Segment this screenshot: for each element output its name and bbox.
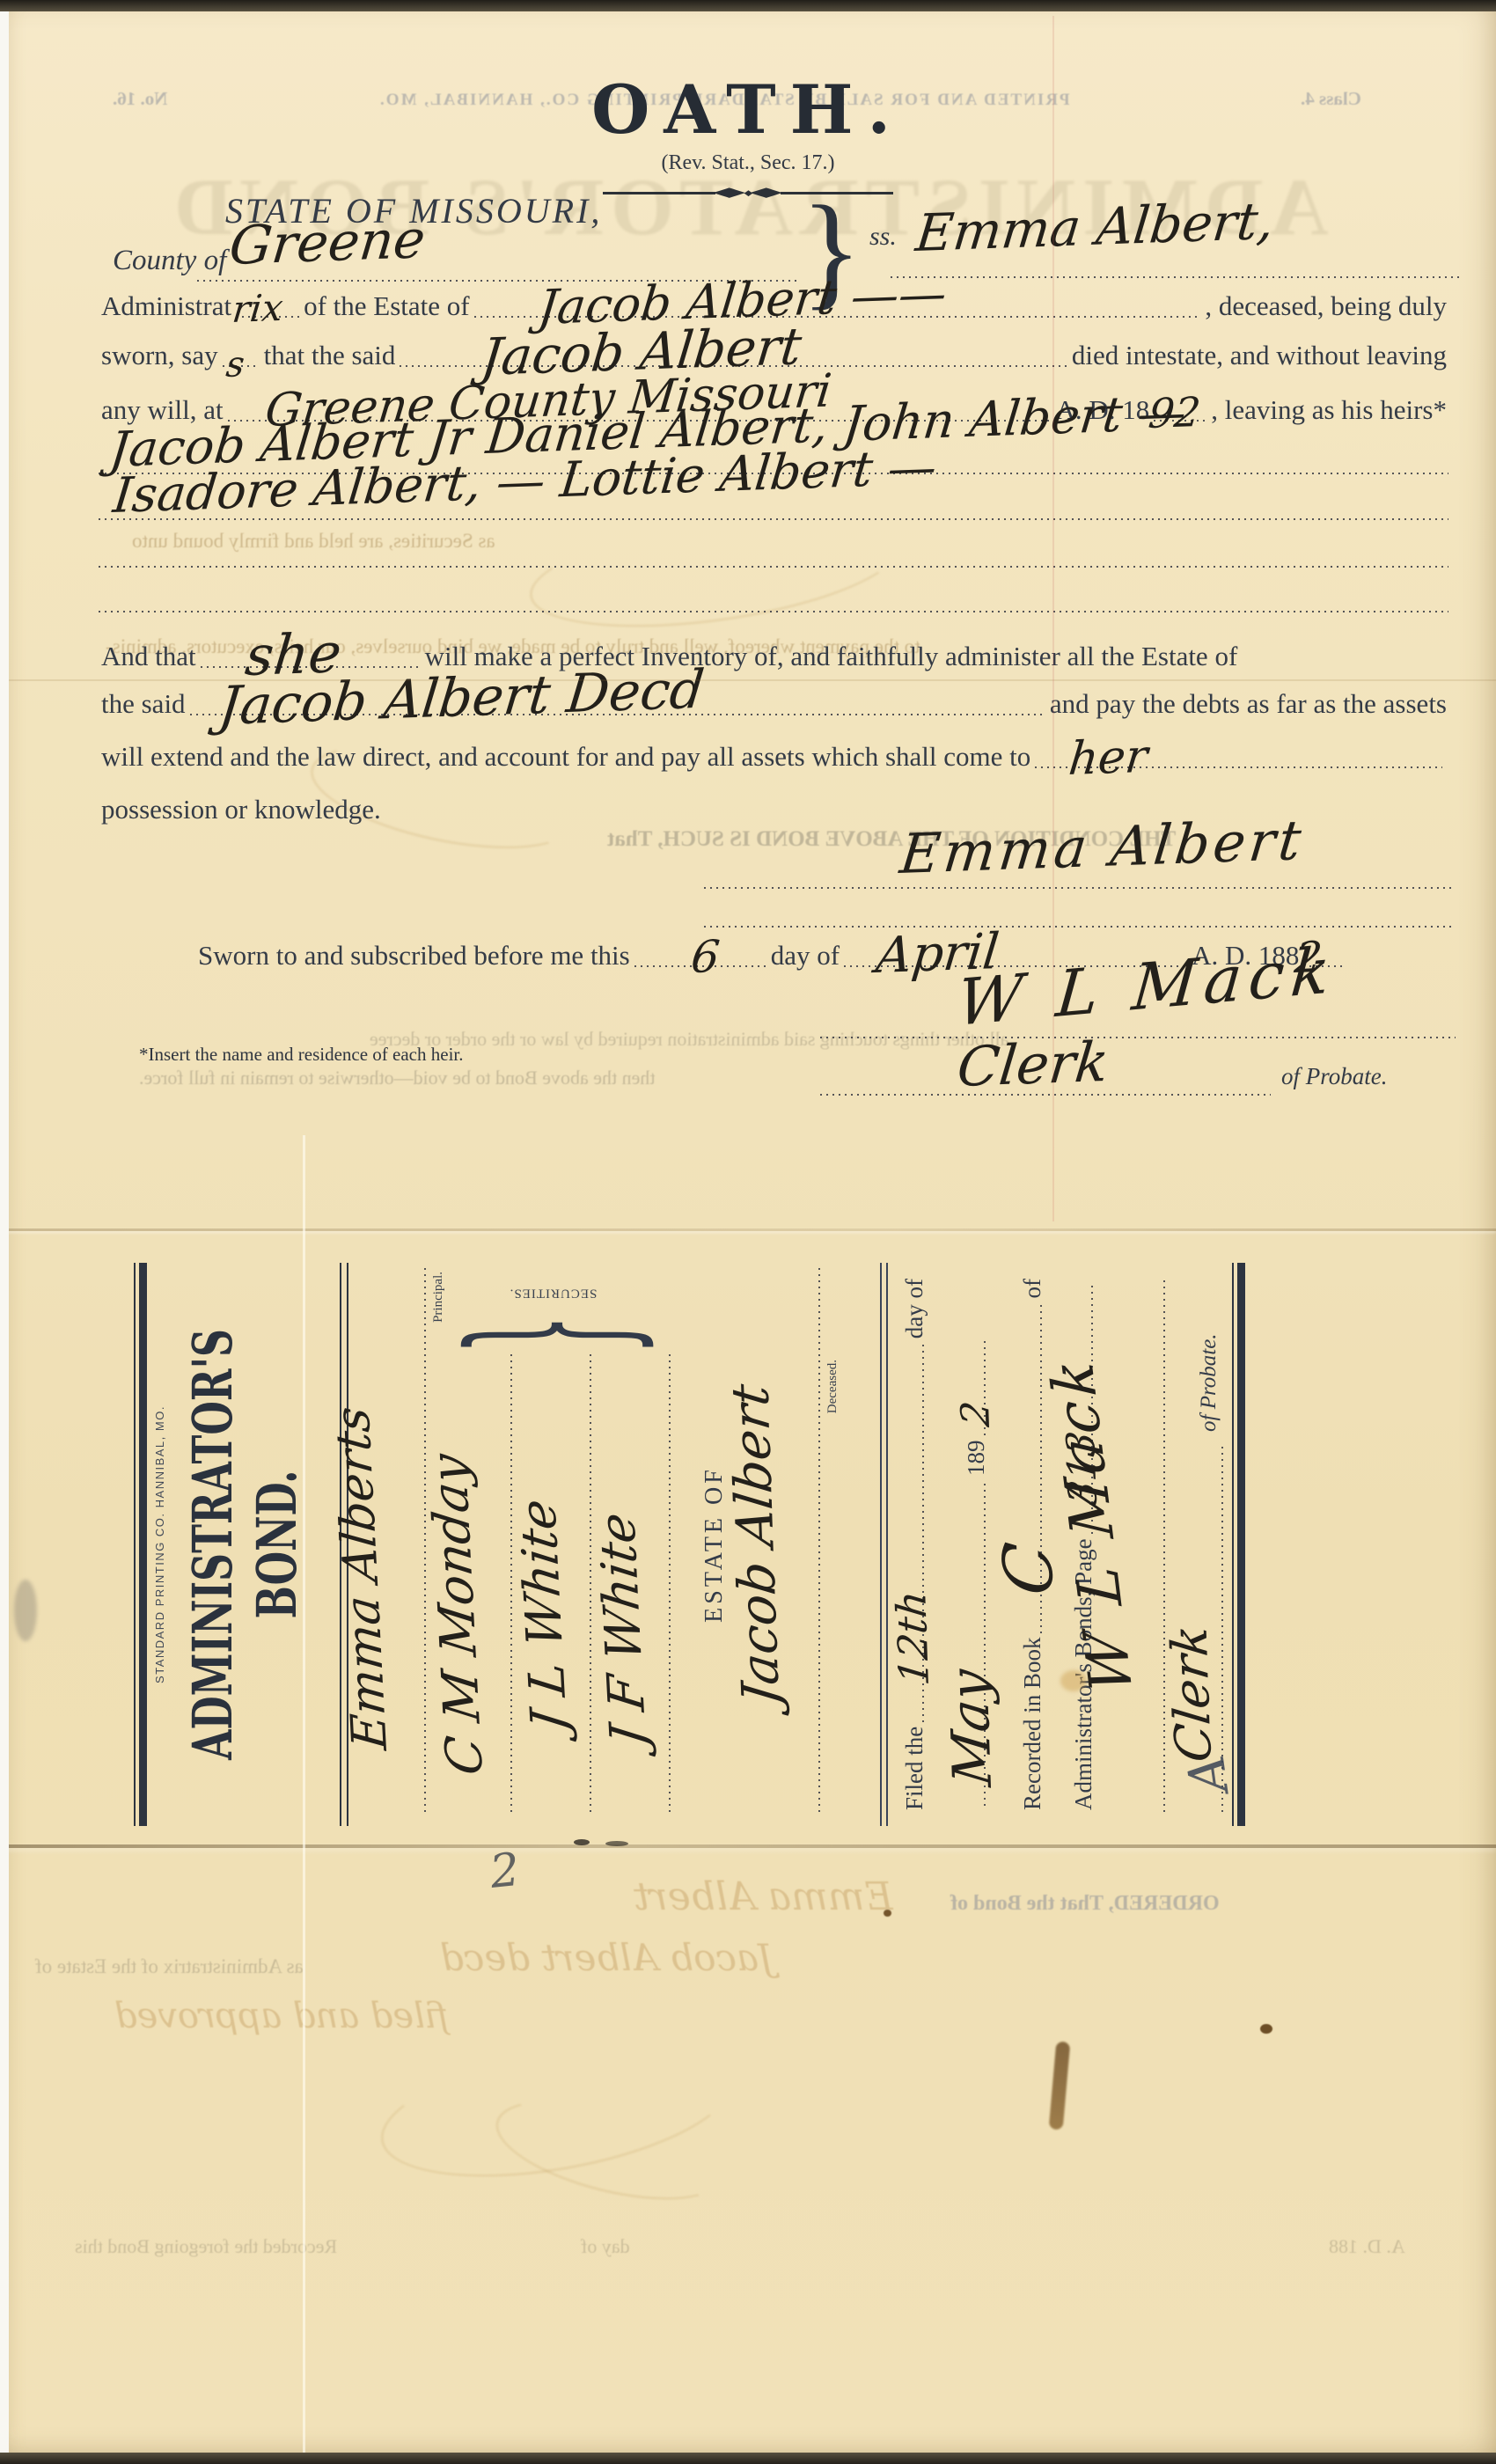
ghost-approved: filed and approved bbox=[114, 1996, 449, 2036]
ink-dot-stain bbox=[884, 1910, 891, 1917]
security-line-1 bbox=[510, 1354, 512, 1812]
handwriting-said-name: Jacob Albert Decd bbox=[216, 664, 707, 733]
securities-brace: } bbox=[447, 1315, 656, 1355]
ghost-ordered-line: ORDERED, That the Bond of bbox=[950, 1892, 1220, 1916]
handwriting-book: C bbox=[994, 1539, 1063, 1597]
blank-signature-line bbox=[704, 926, 1454, 928]
printed-text: died intestate, and without leaving bbox=[1072, 340, 1447, 371]
ghost-recorded-day-of: day of bbox=[581, 2235, 630, 2258]
handwriting-day: 6 bbox=[689, 935, 722, 979]
scan-edge-bottom bbox=[0, 2453, 1496, 2464]
fold-crease bbox=[0, 679, 1496, 681]
red-bleed-line bbox=[1052, 16, 1054, 1221]
printed-text: sworn, say bbox=[101, 340, 218, 371]
ghost-void-line: then the above Bond to be void—otherwise… bbox=[139, 1067, 656, 1089]
printed-text: possession or knowledge. bbox=[101, 794, 381, 825]
printed-text: Filed the bbox=[901, 1727, 928, 1810]
deceased-label: Deceased. bbox=[825, 1360, 840, 1413]
docket-rule bbox=[886, 1263, 888, 1826]
printer-imprint: STANDARD PRINTING CO. HANNIBAL, MO. bbox=[153, 1263, 166, 1826]
blank-segment: her bbox=[1035, 766, 1442, 768]
affiant-signature-handwriting: Emma Albert bbox=[898, 813, 1307, 882]
docket-top-heavy-rule bbox=[139, 1263, 147, 1826]
document-subtitle: (Rev. Stat., Sec. 17.) bbox=[0, 151, 1496, 175]
heir-footnote: *Insert the name and residence of each h… bbox=[139, 1044, 464, 1066]
scan-edge-top bbox=[0, 0, 1496, 11]
docket-bottom-rule bbox=[1232, 1263, 1234, 1826]
printed-text: and pay the debts as far as the assets bbox=[1050, 688, 1447, 720]
ink-dot-stain bbox=[1260, 2024, 1272, 2034]
pencil-mark-handwriting: 2 bbox=[488, 1847, 522, 1896]
estate-of-label: ESTATE OF bbox=[700, 1263, 729, 1826]
county-label: County of bbox=[113, 245, 226, 277]
blank-segment: 12th bbox=[922, 1343, 924, 1722]
security-line-3 bbox=[669, 1354, 671, 1812]
handwriting-month: May bbox=[942, 1668, 1000, 1788]
security-signature-2: J L White bbox=[514, 1497, 576, 1734]
blank-segment: Jacob Albert bbox=[400, 365, 1067, 367]
ghost-bound-line: as Securities, are held and firmly bound… bbox=[132, 530, 495, 553]
printed-text: Recorded in Book bbox=[1019, 1638, 1046, 1810]
docket-top-rule bbox=[134, 1263, 136, 1826]
handwriting-s: s bbox=[224, 347, 246, 383]
edge-smudge bbox=[14, 1580, 37, 1641]
blank-segment: rix bbox=[236, 316, 299, 318]
oath-line-and-that: And that she will make a perfect Invento… bbox=[101, 641, 1447, 672]
handwriting-filed-day: 12th bbox=[891, 1588, 935, 1686]
docket-of-probate-label: of Probate. bbox=[1197, 1333, 1221, 1432]
administrators-bond-docket-panel: STANDARD PRINTING CO. HANNIBAL, MO. ADMI… bbox=[132, 1263, 1250, 1826]
printed-text: And that bbox=[101, 641, 196, 672]
printed-text: day of bbox=[771, 940, 840, 972]
decedent-signature-handwriting: Jacob Albert bbox=[724, 1382, 787, 1707]
blank-segment: Jacob Albert —— bbox=[474, 316, 1201, 318]
scan-edge-left bbox=[0, 11, 9, 2453]
month-year-row: May 189 2 bbox=[963, 1279, 990, 1810]
scanned-oath-document: No. 16. PRINTED AND FOR SALE BY STANDARD… bbox=[0, 0, 1496, 2464]
docket-heading: ADMINISTRATOR'S BOND. bbox=[197, 1263, 292, 1826]
printed-text: will extend and the law direct, and acco… bbox=[101, 741, 1030, 773]
of-probate-label: of Probate. bbox=[1281, 1063, 1388, 1090]
blank-segment: Jacob Albert Decd bbox=[190, 714, 1045, 715]
security-line-2 bbox=[590, 1354, 591, 1812]
blank-segment: May bbox=[984, 1480, 986, 1806]
printed-text: of the Estate of bbox=[304, 290, 470, 322]
handwriting-year: 2 bbox=[957, 1400, 996, 1429]
signature-line bbox=[704, 887, 1454, 889]
ghost-administration-line: all other things touching said administr… bbox=[370, 1028, 1008, 1051]
docket-clerk-signature: W L Mack bbox=[1042, 1354, 1142, 1694]
ss-label: ss. bbox=[869, 222, 897, 252]
printed-text: Administrat bbox=[101, 290, 231, 322]
printed-text: of bbox=[1019, 1279, 1046, 1299]
yellow-stain bbox=[1060, 1670, 1087, 1691]
crease-speck bbox=[605, 1841, 628, 1846]
blank-rule-line bbox=[99, 566, 1448, 568]
docket-check-mark-handwriting: A bbox=[1180, 1753, 1236, 1797]
blank-segment: she bbox=[201, 666, 421, 668]
printed-text: that the said bbox=[264, 340, 396, 371]
security-signature-3: J F White bbox=[593, 1510, 655, 1749]
oath-line-will-extend: will extend and the law direct, and acco… bbox=[101, 741, 1447, 773]
printed-text: day of bbox=[901, 1279, 928, 1338]
decedent-line bbox=[818, 1268, 820, 1812]
county-handwriting: Greene bbox=[227, 213, 428, 273]
ghost-recorded-ad: A. D. 188 bbox=[1329, 2235, 1405, 2258]
printed-text: , leaving as his heirs* bbox=[1211, 394, 1447, 426]
ghost-administratrix-line: as Administratrix of the Estate of bbox=[35, 1955, 304, 1978]
document-title: OATH. bbox=[0, 70, 1496, 149]
printed-text: Sworn to and subscribed before me this bbox=[198, 940, 630, 972]
fold-crease bbox=[0, 1844, 1496, 1848]
blank-rule-line bbox=[99, 611, 1448, 612]
docket-bottom-heavy-rule bbox=[1237, 1263, 1245, 1826]
affiant-blank-line bbox=[891, 276, 1463, 278]
fold-crease bbox=[0, 1228, 1496, 1231]
securities-label: SECURITIES. bbox=[510, 1286, 598, 1301]
handwriting-rix: rix bbox=[231, 290, 285, 328]
ghost-recorded-line: Recorded the foregoing Bond this bbox=[75, 2235, 337, 2258]
ghost-ordered-name: Emma Albert bbox=[634, 1874, 893, 1919]
heirs-line-2 bbox=[99, 518, 1448, 520]
handwriting-pronoun-2: her bbox=[1067, 734, 1150, 782]
printed-text: 189 bbox=[963, 1441, 990, 1477]
clerk-title-line bbox=[820, 1094, 1271, 1096]
clerk-signature-line bbox=[820, 1037, 1456, 1038]
printed-text: the said bbox=[101, 688, 186, 720]
vertical-crease bbox=[303, 1135, 305, 2455]
affiant-name-handwriting: Emma Albert, bbox=[913, 195, 1277, 259]
blank-segment: C bbox=[1040, 1303, 1042, 1633]
oath-line-the-said: the said Jacob Albert Decd and pay the d… bbox=[101, 688, 1447, 720]
blank-segment: s bbox=[223, 365, 260, 367]
docket-clerk-title-handwriting: Clerk bbox=[1165, 1624, 1220, 1764]
blank-segment: 2 bbox=[984, 1339, 986, 1436]
filed-row: Filed the 12th day of bbox=[901, 1279, 928, 1810]
printed-text: , deceased, being duly bbox=[1205, 290, 1447, 322]
crease-speck bbox=[574, 1839, 590, 1845]
blank-segment: 6 bbox=[634, 965, 766, 967]
principal-signature-handwriting: Emma Alberts bbox=[328, 1405, 394, 1751]
security-signature-1: C M Monday bbox=[425, 1452, 491, 1778]
docket-rule bbox=[880, 1263, 882, 1826]
ghost-estate-name: Jacob Albert decd bbox=[440, 1936, 774, 1979]
clerk-title-handwriting: Clerk bbox=[955, 1035, 1111, 1095]
